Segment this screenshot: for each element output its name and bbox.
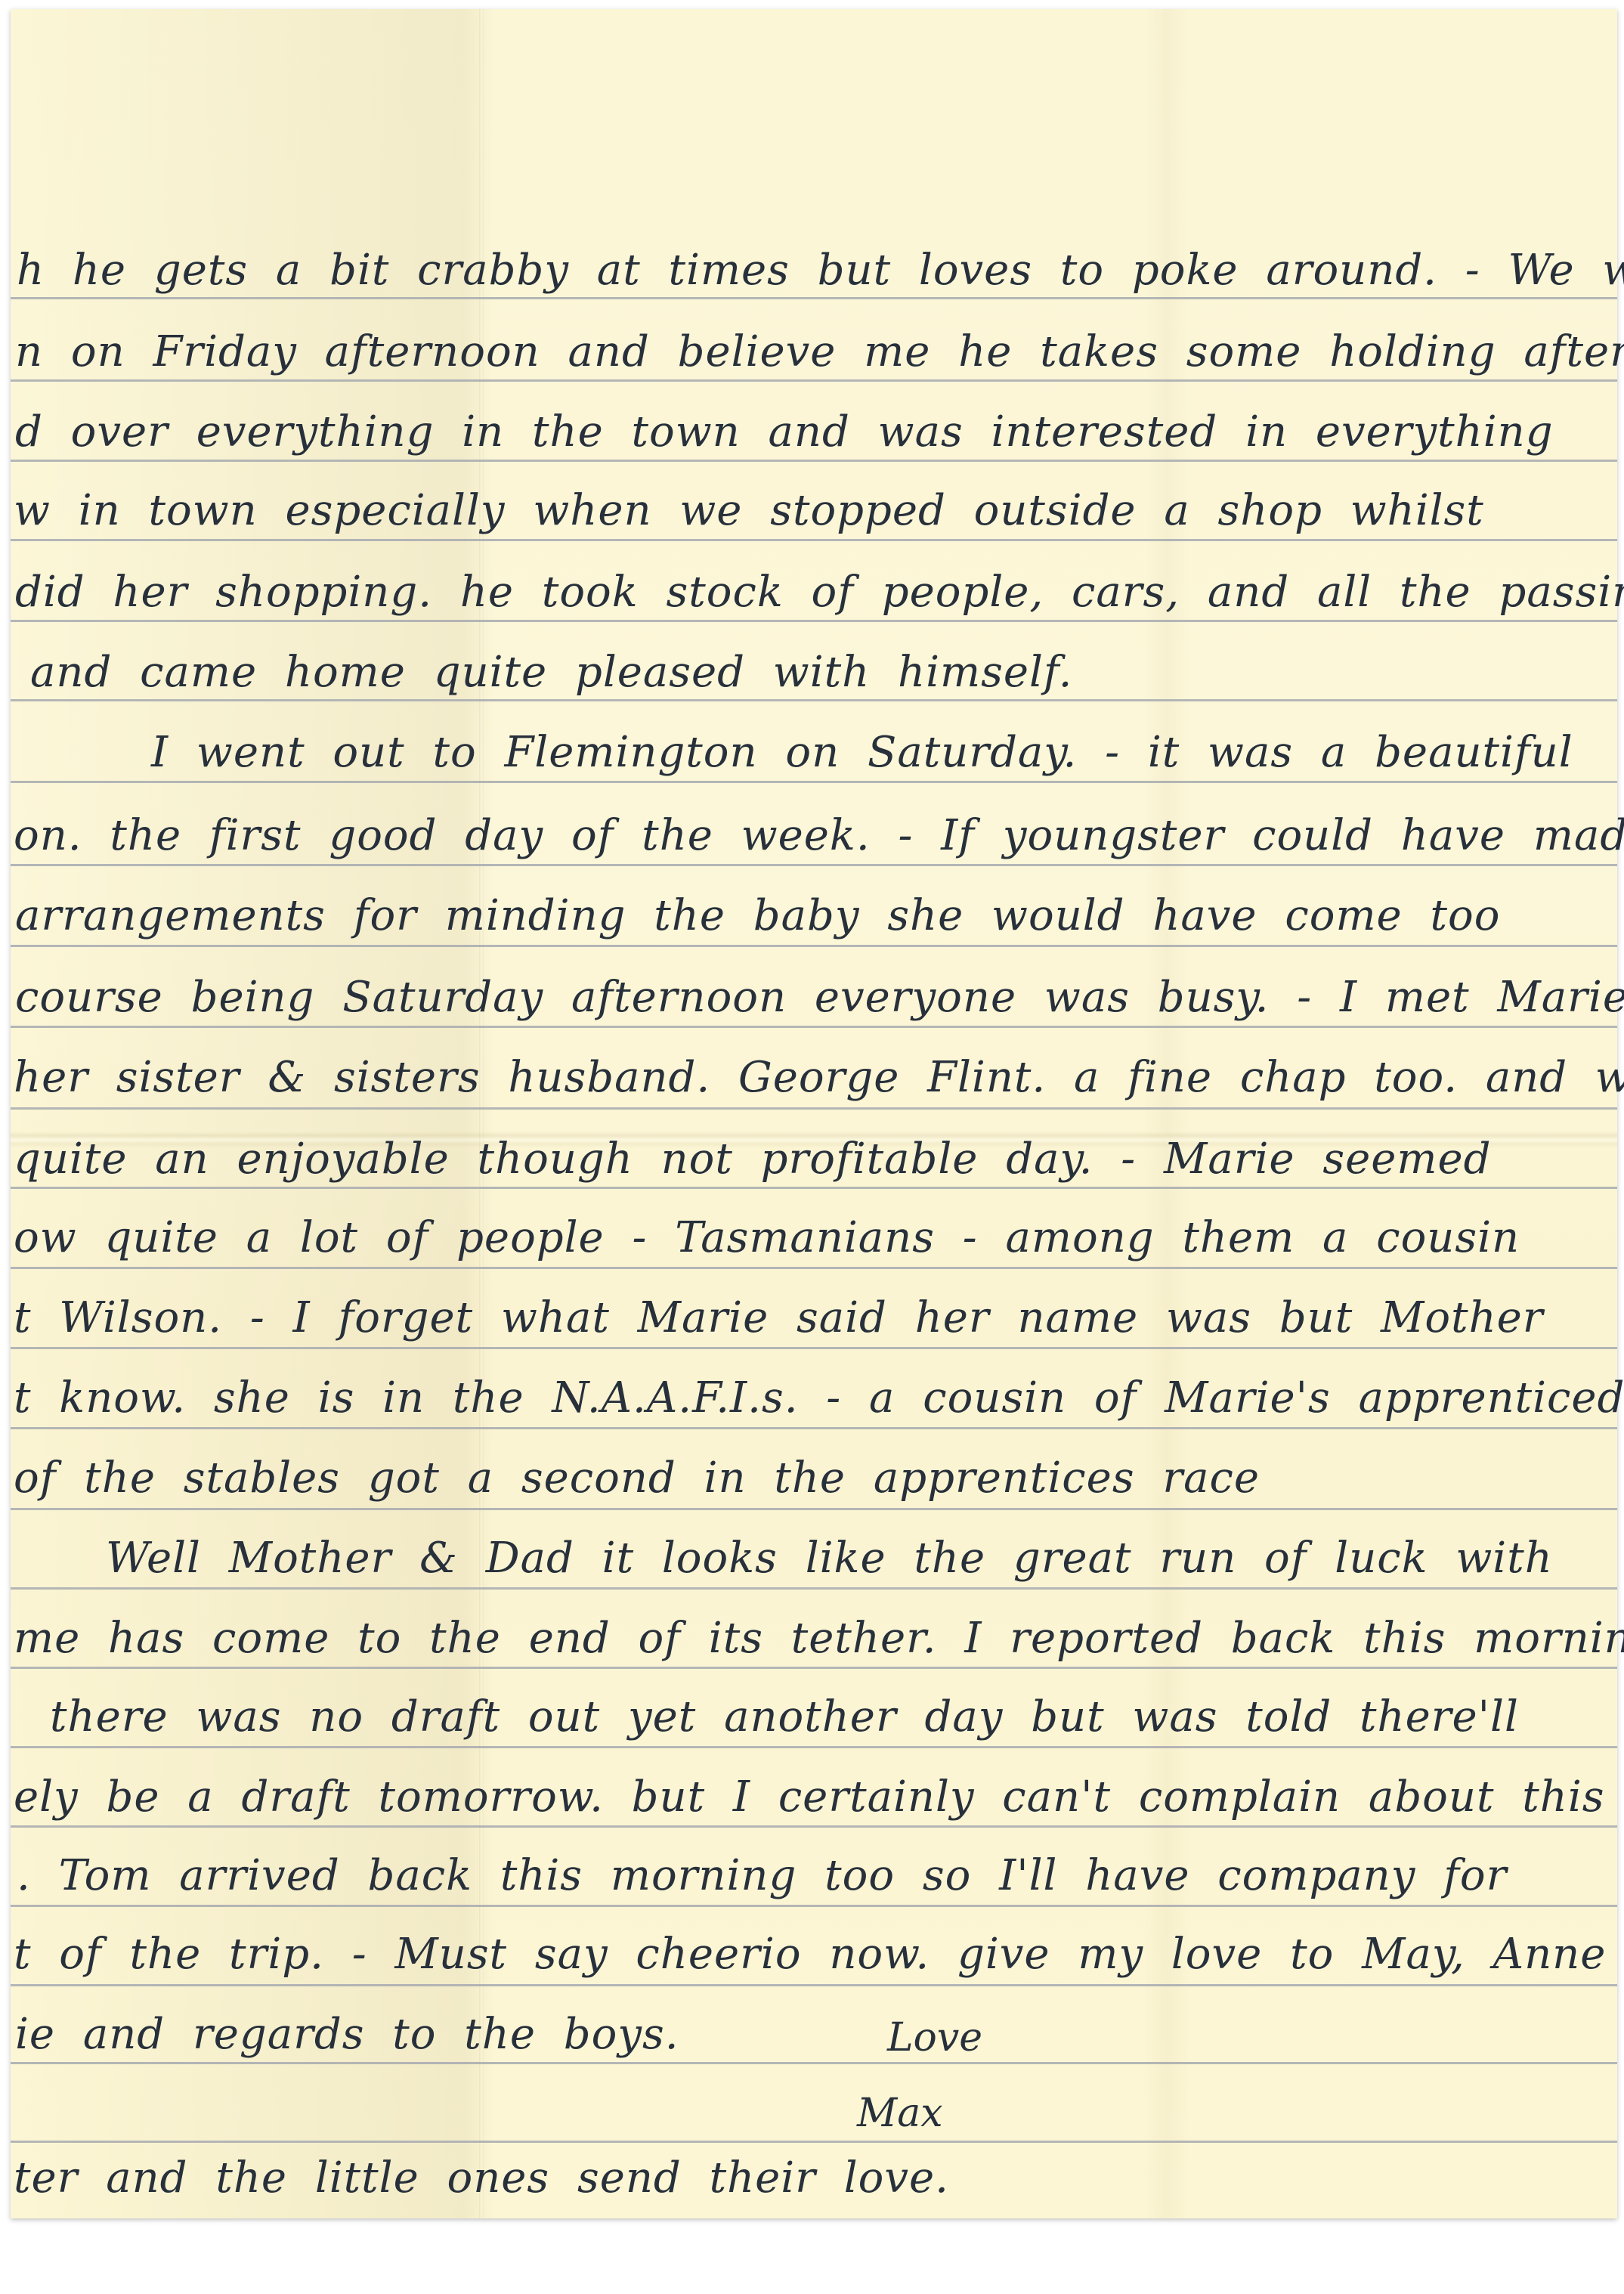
- ruled-line: [11, 1267, 1617, 1269]
- letter-line: . Tom arrived back this morning too so I…: [17, 1855, 1507, 1897]
- ruled-line: [11, 1026, 1617, 1028]
- letter-line: and came home quite pleased with himself…: [30, 652, 1072, 694]
- ruled-line: [11, 539, 1617, 541]
- ruled-line: [11, 1347, 1617, 1349]
- letter-line: of the stables got a second in the appre…: [14, 1457, 1260, 1500]
- ruled-line: [11, 1746, 1617, 1748]
- ruled-line: [11, 781, 1617, 783]
- ruled-line: [11, 1508, 1617, 1510]
- letter-page: h he gets a bit crabby at times but love…: [11, 9, 1617, 2218]
- ruled-line: [11, 1187, 1617, 1189]
- ruled-line: [11, 699, 1617, 701]
- ruled-line: [11, 1905, 1617, 1907]
- letter-line: quite an enjoyable though not profitable…: [14, 1138, 1491, 1181]
- ruled-line: [11, 460, 1617, 462]
- letter-line: t of the trip. - Must say cheerio now. g…: [14, 1933, 1606, 1976]
- letter-line: me has come to the end of its tether. I …: [14, 1618, 1624, 1660]
- letter-line: arrangements for minding the baby she wo…: [15, 895, 1500, 937]
- letter-line: t Wilson. - I forget what Marie said her…: [14, 1297, 1544, 1339]
- ruled-line: [11, 1107, 1617, 1110]
- ruled-line: [11, 1667, 1617, 1669]
- ruled-line: [11, 379, 1617, 382]
- letter-line: there was no draft out yet another day b…: [50, 1696, 1519, 1738]
- letter-line: I went out to Flemington on Saturday. - …: [151, 732, 1573, 774]
- closing-love: Love: [887, 2015, 982, 2060]
- letter-line: d over everything in the town and was in…: [15, 411, 1554, 454]
- signature: Max: [857, 2091, 943, 2136]
- letter-line: w in town especially when we stopped out…: [14, 490, 1484, 532]
- ruled-line: [11, 1587, 1617, 1590]
- letter-line: course being Saturday afternoon everyone…: [15, 977, 1624, 1019]
- letter-line: ely be a draft tomorrow. but I certainly…: [14, 1776, 1604, 1819]
- letter-line: t know. she is in the N.A.A.F.I.s. - a c…: [14, 1377, 1624, 1419]
- letter-line: her sister & sisters husband. George Fli…: [14, 1057, 1624, 1099]
- ruled-line: [11, 2141, 1617, 2143]
- ruled-line: [11, 1427, 1617, 1429]
- ruled-line: [11, 297, 1617, 299]
- letter-line: n on Friday afternoon and believe me he …: [15, 331, 1624, 373]
- ruled-line: [11, 620, 1617, 622]
- letter-line: ow quite a lot of people - Tasmanians - …: [14, 1217, 1520, 1259]
- letter-line: on. the first good day of the week. - If…: [14, 815, 1624, 857]
- letter-line: did her shopping. he took stock of peopl…: [15, 571, 1624, 614]
- letter-line: ie and regards to the boys.: [15, 2014, 679, 2056]
- postscript: ter and the little ones send their love.: [14, 2157, 949, 2200]
- letter-line: Well Mother & Dad it looks like the grea…: [106, 1537, 1553, 1580]
- letter-line: h he gets a bit crabby at times but love…: [17, 249, 1624, 292]
- ruled-line: [11, 1825, 1617, 1828]
- ruled-line: [11, 2062, 1617, 2064]
- ruled-line: [11, 945, 1617, 947]
- ruled-line: [11, 1984, 1617, 1986]
- ruled-line: [11, 864, 1617, 866]
